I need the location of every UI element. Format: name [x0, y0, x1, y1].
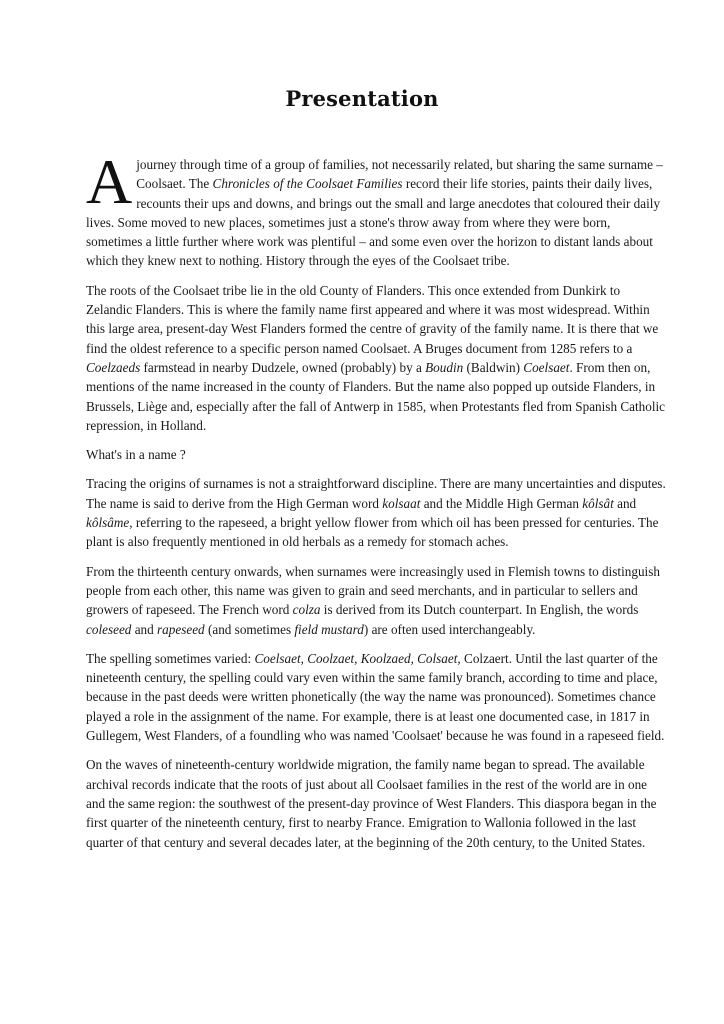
section-subheading: What's in a name ? — [86, 445, 666, 464]
italic-term: field mustard — [294, 622, 363, 637]
italic-term: kôlsâme — [86, 515, 129, 530]
thirteenth-century-paragraph: From the thirteenth century onwards, whe… — [86, 562, 666, 639]
text-run: , referring to the rapeseed, a bright ye… — [86, 515, 658, 549]
italic-term: coleseed — [86, 622, 131, 637]
italic-term: Coelzaeds — [86, 360, 140, 375]
spelling-paragraph: The spelling sometimes varied: Coelsaet,… — [86, 649, 666, 745]
roots-paragraph: The roots of the Coolsaet tribe lie in t… — [86, 281, 666, 435]
text-run: and — [131, 622, 157, 637]
text-run: (and sometimes — [205, 622, 295, 637]
drop-cap: A — [86, 157, 132, 209]
italic-term: Coelsaet — [523, 360, 569, 375]
text-run: and the Middle High German — [420, 496, 582, 511]
italic-term: kôlsât — [582, 496, 614, 511]
text-run: The spelling sometimes varied: — [86, 651, 254, 666]
migration-paragraph: On the waves of nineteenth-century world… — [86, 755, 666, 851]
document-page: Presentation A journey through time of a… — [0, 0, 724, 1024]
italic-term: rapeseed — [157, 622, 205, 637]
intro-paragraph: A journey through time of a group of fam… — [86, 155, 666, 271]
italic-term: Coelsaet, Coolzaet, Koolzaed, Colsaet, — [254, 651, 460, 666]
text-run: is derived from its Dutch counterpart. I… — [321, 602, 639, 617]
italic-term: kolsaat — [382, 496, 420, 511]
italic-title: Chronicles of the Coolsaet Families — [213, 176, 403, 191]
text-run: ) are often used interchangeably. — [364, 622, 536, 637]
page-title: Presentation — [0, 86, 724, 111]
text-run: (Baldwin) — [463, 360, 523, 375]
text-run: The roots of the Coolsaet tribe lie in t… — [86, 283, 658, 356]
italic-term: Boudin — [425, 360, 463, 375]
text-run: and — [614, 496, 636, 511]
italic-term: colza — [293, 602, 321, 617]
text-run: farmstead in nearby Dudzele, owned (prob… — [140, 360, 425, 375]
origins-paragraph: Tracing the origins of surnames is not a… — [86, 474, 666, 551]
document-body: A journey through time of a group of fam… — [86, 155, 666, 862]
